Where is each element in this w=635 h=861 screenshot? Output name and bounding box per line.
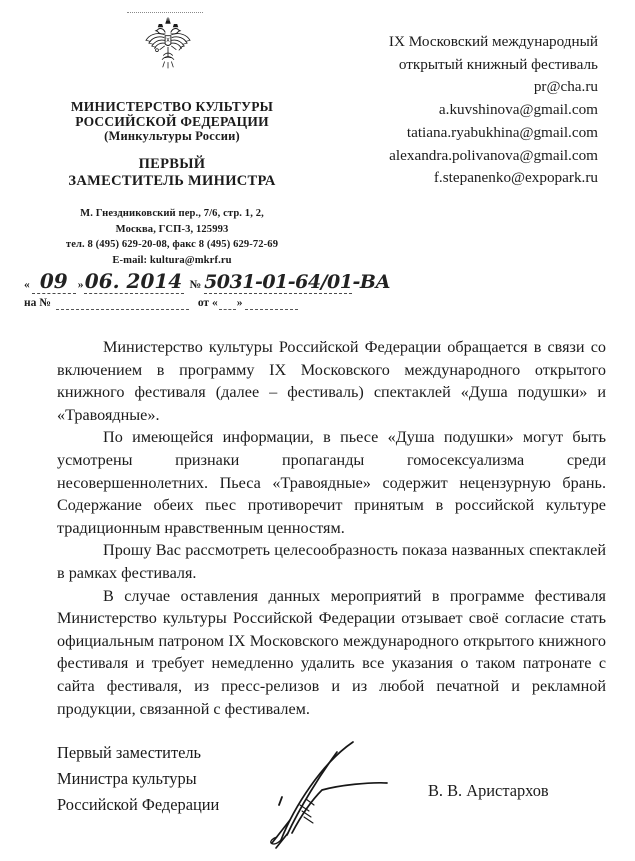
recipient-email: alexandra.polivanova@gmail.com xyxy=(300,145,598,168)
outgoing-date-number-row: « 09 » 06. 2014 № 5031-01-64/01-ВА xyxy=(24,260,364,294)
address-street: М. Гнездниковский пер., 7/6, стр. 1, 2, xyxy=(38,206,306,222)
address-city: Москва, ГСП-3, 125993 xyxy=(38,222,306,238)
recipient-line: открытый книжный фестиваль xyxy=(300,54,598,77)
body-paragraph-3: Прошу Вас рассмотреть целесообразность п… xyxy=(57,539,606,584)
signer-name: В. В. Аристархов xyxy=(428,781,549,801)
letter-body: Министерство культуры Российской Федерац… xyxy=(57,336,606,720)
reply-close-quote: » xyxy=(237,296,243,310)
handwritten-day-field: 09 xyxy=(32,270,76,294)
reply-reference-row: на № от « » xyxy=(24,296,324,310)
scanned-letter-page: МИНИСТЕРСТВО КУЛЬТУРЫ РОССИЙСКОЙ ФЕДЕРАЦ… xyxy=(0,0,635,861)
ministry-short-name: (Минкультуры России) xyxy=(38,129,306,144)
ministry-name-block: МИНИСТЕРСТВО КУЛЬТУРЫ РОССИЙСКОЙ ФЕДЕРАЦ… xyxy=(38,99,306,144)
handwritten-day: 09 xyxy=(40,269,68,293)
body-paragraph-2: По имеющейся информации, в пьесе «Душа п… xyxy=(57,426,606,539)
handwritten-signature-icon xyxy=(260,733,395,855)
handwritten-outgoing-number: 5031-01-64/01-ВА xyxy=(204,271,390,293)
reply-date-blank xyxy=(245,298,298,310)
signer-title-block: Первый заместитель Министра культуры Рос… xyxy=(57,740,219,818)
signer-title-line1: Первый заместитель xyxy=(57,740,219,766)
coat-of-arms-icon xyxy=(139,16,197,82)
recipient-email: pr@cha.ru xyxy=(300,76,598,99)
body-paragraph-1: Министерство культуры Российской Федерац… xyxy=(57,336,606,426)
recipient-email: tatiana.ryabukhina@gmail.com xyxy=(300,122,598,145)
ministry-line2: РОССИЙСКОЙ ФЕДЕРАЦИИ xyxy=(38,114,306,129)
body-paragraph-4: В случае оставления данных мероприятий в… xyxy=(57,585,606,721)
reply-day-blank xyxy=(219,298,236,310)
signer-title-line3: Российской Федерации xyxy=(57,792,219,818)
reply-open-quote: « xyxy=(212,296,218,310)
office-line1: ПЕРВЫЙ xyxy=(38,156,306,173)
reply-from-label: от xyxy=(198,296,209,310)
handwritten-number-field: 5031-01-64/01-ВА xyxy=(204,271,352,294)
recipient-email: f.stepanenko@expopark.ru xyxy=(300,167,598,190)
address-phone-fax: тел. 8 (495) 629-20-08, факс 8 (495) 629… xyxy=(38,237,306,253)
reply-number-blank xyxy=(56,298,189,310)
recipient-block: IX Московский международный открытый кни… xyxy=(300,31,598,190)
recipient-email: a.kuvshinova@gmail.com xyxy=(300,99,598,122)
reply-prefix-label: на № xyxy=(24,296,51,310)
handwritten-month-year-field: 06. 2014 xyxy=(84,270,184,294)
recipient-line: IX Московский международный xyxy=(300,31,598,54)
open-quote-mark: « xyxy=(24,278,30,294)
handwritten-month-year: 06. 2014 xyxy=(85,269,182,293)
signer-title-line2: Министра культуры xyxy=(57,766,219,792)
office-line2: ЗАМЕСТИТЕЛЬ МИНИСТРА xyxy=(38,173,306,190)
ministry-line1: МИНИСТЕРСТВО КУЛЬТУРЫ xyxy=(38,99,306,114)
number-sign: № xyxy=(190,278,202,294)
scan-artifact-dotted-line xyxy=(127,12,203,13)
office-title-block: ПЕРВЫЙ ЗАМЕСТИТЕЛЬ МИНИСТРА xyxy=(38,156,306,190)
